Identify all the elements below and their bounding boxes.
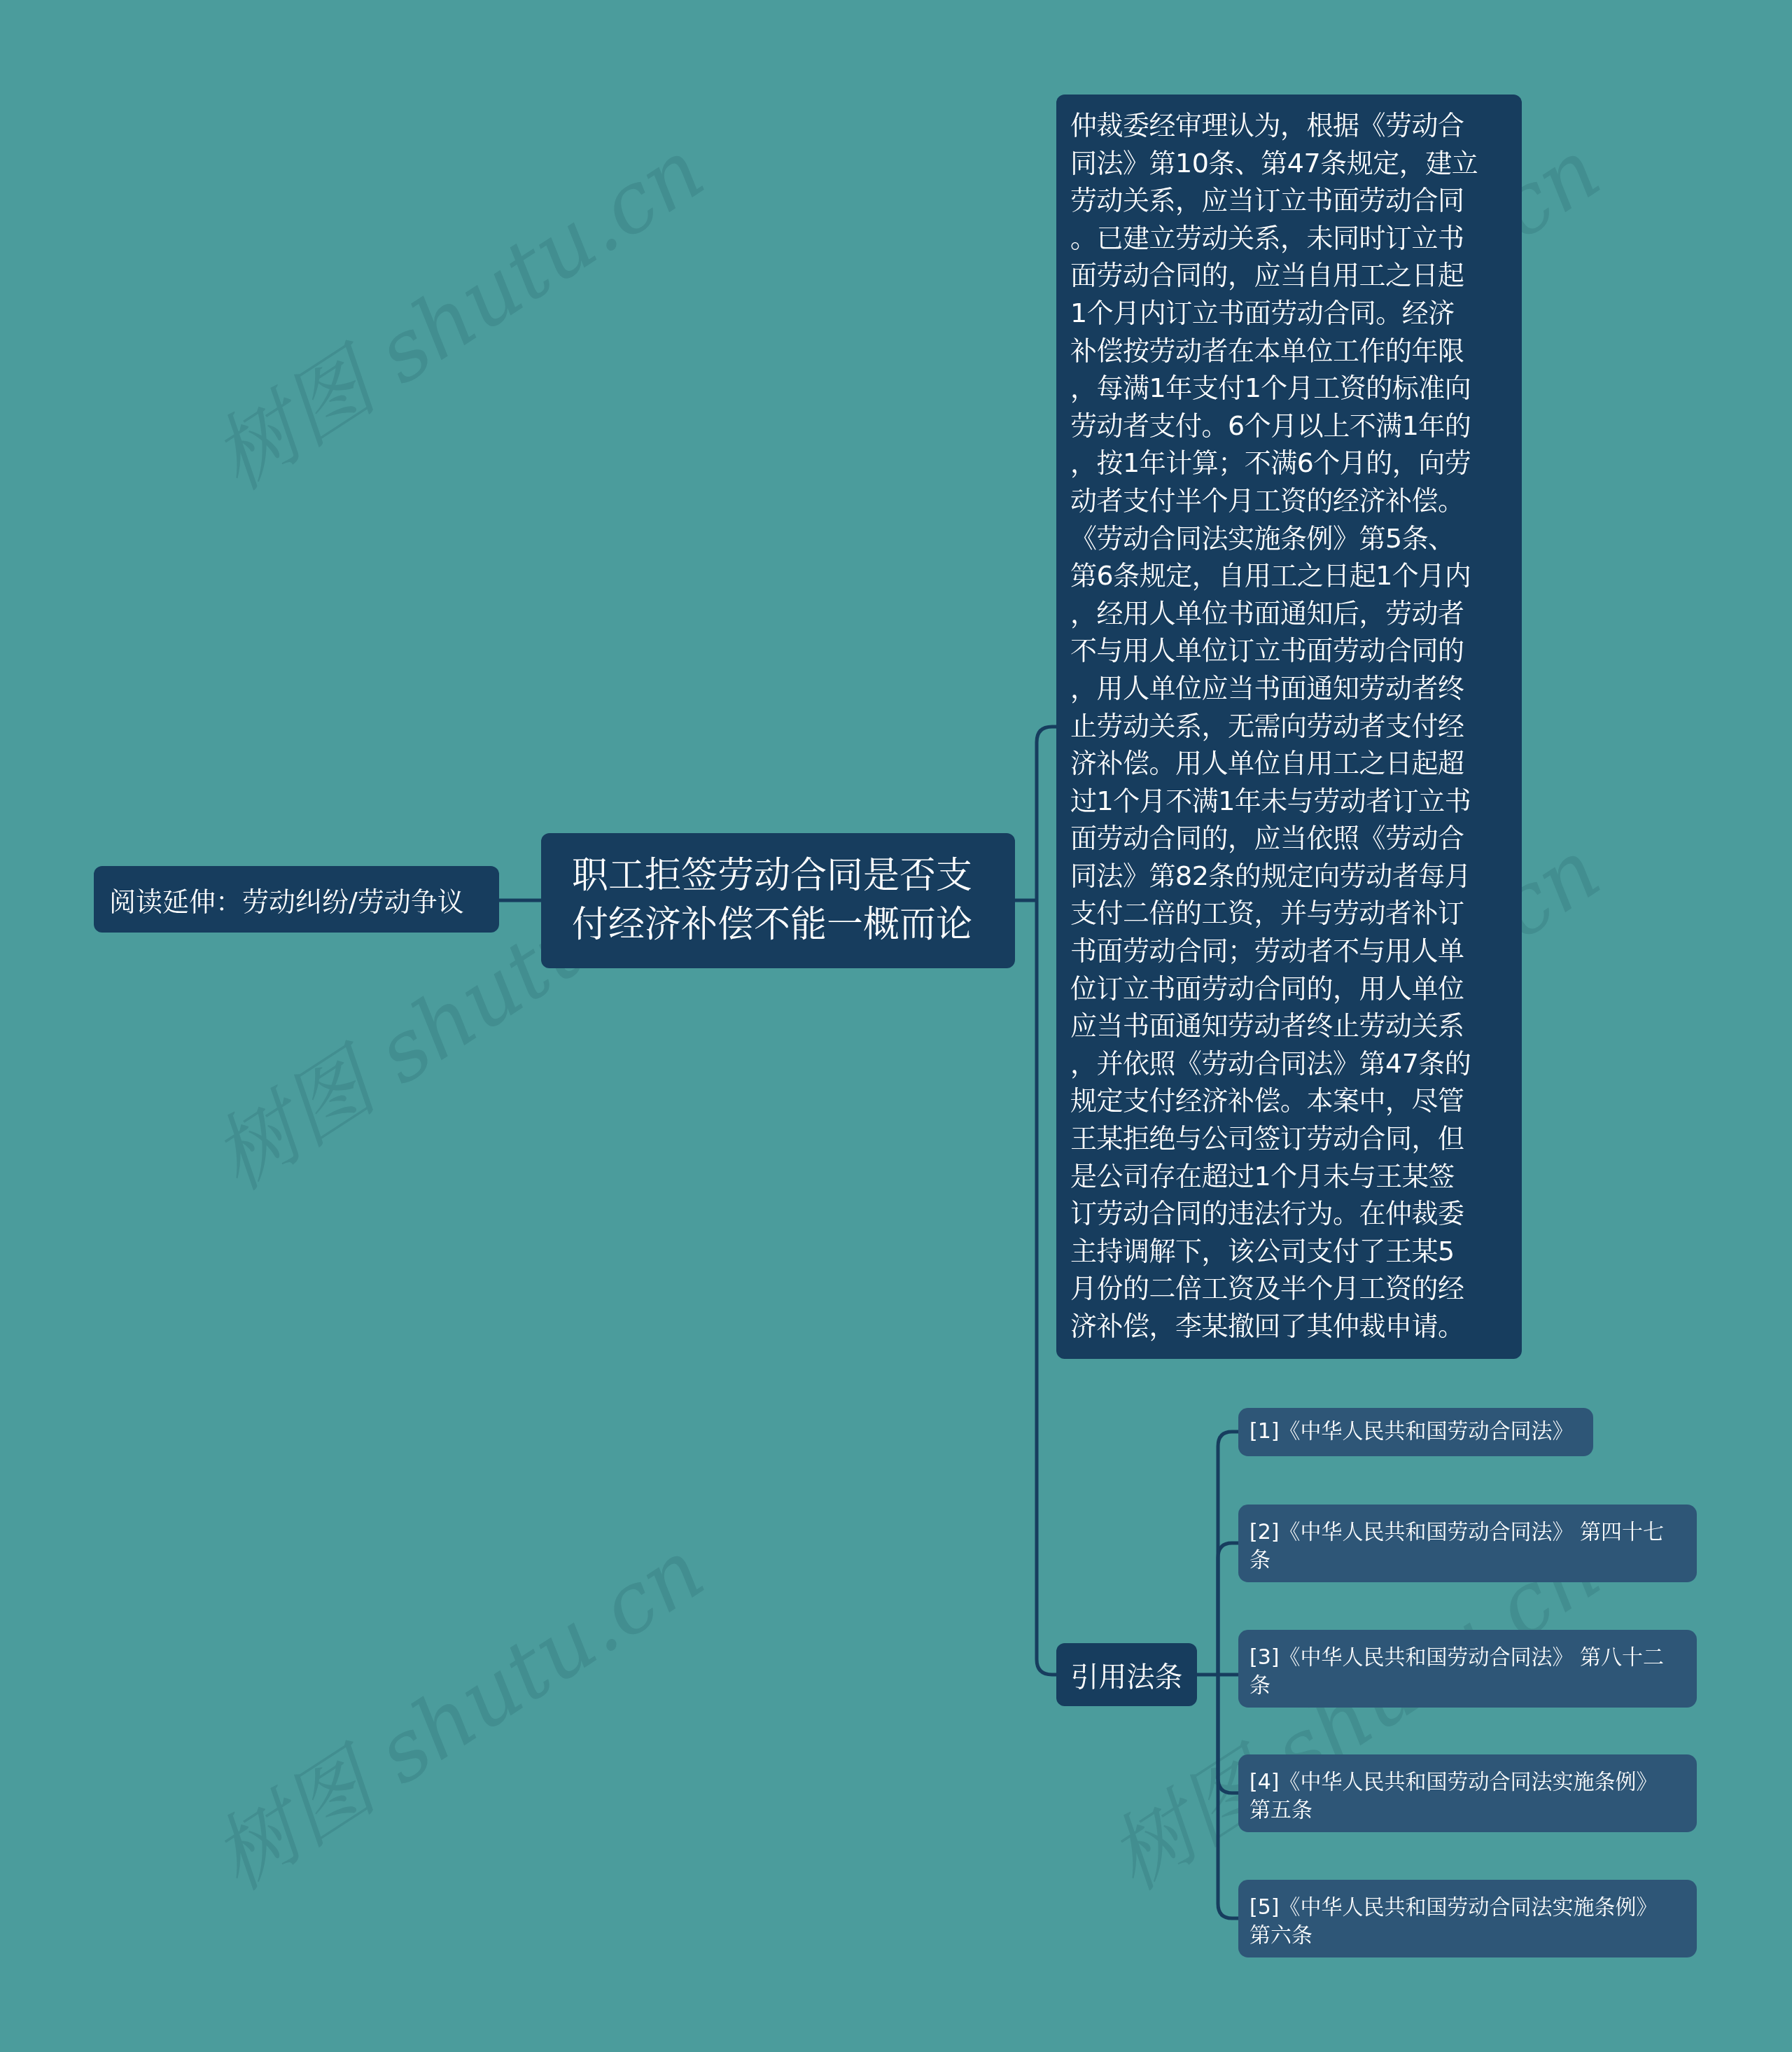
root-label-line: 职工拒签劳动合同是否支: [572, 851, 987, 900]
text-line: 仲裁委经审理认为，根据《劳动合: [1070, 107, 1512, 145]
text-line: 规定支付经济补偿。本案中，尽管: [1070, 1082, 1512, 1120]
node-label: 引用法条: [1071, 1655, 1183, 1695]
text-line: 同法》第82条的规定向劳动者每月: [1070, 858, 1512, 895]
text-line: 劳动关系，应当订立书面劳动合同: [1070, 182, 1512, 220]
text-line: 支付二倍的工资，并与劳动者补订: [1070, 895, 1512, 933]
citation-item-5[interactable]: [5]《中华人民共和国劳动合同法实施条例》 第六条: [1238, 1880, 1697, 1957]
text-line: 动者支付半个月工资的经济补偿。: [1070, 482, 1512, 520]
text-line: 主持调解下，该公司支付了王某5: [1070, 1233, 1512, 1271]
citation-item-3[interactable]: [3]《中华人民共和国劳动合同法》 第八十二条: [1238, 1630, 1697, 1708]
text-line: 止劳动关系，无需向劳动者支付经: [1070, 708, 1512, 746]
connector-lines: [0, 0, 1792, 2052]
citation-label: [3]《中华人民共和国劳动合同法》 第八十二条: [1249, 1645, 1664, 1698]
citation-label: [2]《中华人民共和国劳动合同法》 第四十七条: [1249, 1520, 1664, 1572]
text-line: 订劳动合同的违法行为。在仲裁委: [1070, 1195, 1512, 1233]
text-line: 第6条规定，自用工之日起1个月内: [1070, 557, 1512, 595]
node-cited-laws[interactable]: 引用法条: [1056, 1643, 1197, 1706]
text-line: 。已建立劳动关系，未同时订立书: [1070, 220, 1512, 258]
text-line: 位订立书面劳动合同的，用人单位: [1070, 970, 1512, 1008]
text-line: ，每满1年支付1个月工资的标准向: [1070, 370, 1512, 407]
citation-label: [1]《中华人民共和国劳动合同法》: [1249, 1419, 1574, 1444]
root-label-line: 付经济补偿不能一概而论: [572, 900, 987, 949]
text-line: ，用人单位应当书面通知劳动者终: [1070, 670, 1512, 708]
node-arbitration-detail[interactable]: 仲裁委经审理认为，根据《劳动合 同法》第10条、第47条规定，建立 劳动关系，应…: [1056, 95, 1522, 1359]
node-label: 阅读延伸：劳动纠纷/劳动争议: [109, 880, 464, 919]
text-line: 《劳动合同法实施条例》第5条、: [1070, 520, 1512, 558]
text-line: 济补偿。用人单位自用工之日起超: [1070, 745, 1512, 783]
citation-item-2[interactable]: [2]《中华人民共和国劳动合同法》 第四十七条: [1238, 1505, 1697, 1582]
node-reading-extension[interactable]: 阅读延伸：劳动纠纷/劳动争议: [94, 866, 499, 933]
text-line: 1个月内订立书面劳动合同。经济: [1070, 295, 1512, 333]
text-line: 月份的二倍工资及半个月工资的经: [1070, 1270, 1512, 1308]
text-line: 补偿按劳动者在本单位工作的年限: [1070, 333, 1512, 370]
text-line: 劳动者支付。6个月以上不满1年的: [1070, 407, 1512, 445]
text-line: 应当书面通知劳动者终止劳动关系: [1070, 1007, 1512, 1045]
text-line: ，经用人单位书面通知后，劳动者: [1070, 595, 1512, 633]
citation-label: [4]《中华人民共和国劳动合同法实施条例》 第五条: [1249, 1770, 1658, 1822]
text-line: 不与用人单位订立书面劳动合同的: [1070, 632, 1512, 670]
connector-citations: [1037, 900, 1056, 1675]
connector-detail: [1037, 727, 1056, 900]
root-node[interactable]: 职工拒签劳动合同是否支 付经济补偿不能一概而论: [541, 833, 1015, 968]
text-line: 是公司存在超过1个月未与王某签: [1070, 1158, 1512, 1196]
text-line: 面劳动合同的，应当自用工之日起: [1070, 257, 1512, 295]
text-line: 过1个月不满1年未与劳动者订立书: [1070, 783, 1512, 821]
citation-item-1[interactable]: [1]《中华人民共和国劳动合同法》: [1238, 1408, 1593, 1456]
text-line: 面劳动合同的，应当依照《劳动合: [1070, 820, 1512, 858]
text-line: 同法》第10条、第47条规定，建立: [1070, 145, 1512, 183]
text-line: ，并依照《劳动合同法》第47条的: [1070, 1045, 1512, 1083]
text-line: 书面劳动合同；劳动者不与用人单: [1070, 933, 1512, 970]
citation-label: [5]《中华人民共和国劳动合同法实施条例》 第六条: [1249, 1895, 1658, 1948]
text-line: 济补偿，李某撤回了其仲裁申请。: [1070, 1308, 1512, 1346]
text-line: 王某拒绝与公司签订劳动合同，但: [1070, 1120, 1512, 1158]
text-line: ，按1年计算；不满6个月的，向劳: [1070, 445, 1512, 482]
citation-item-4[interactable]: [4]《中华人民共和国劳动合同法实施条例》 第五条: [1238, 1754, 1697, 1832]
